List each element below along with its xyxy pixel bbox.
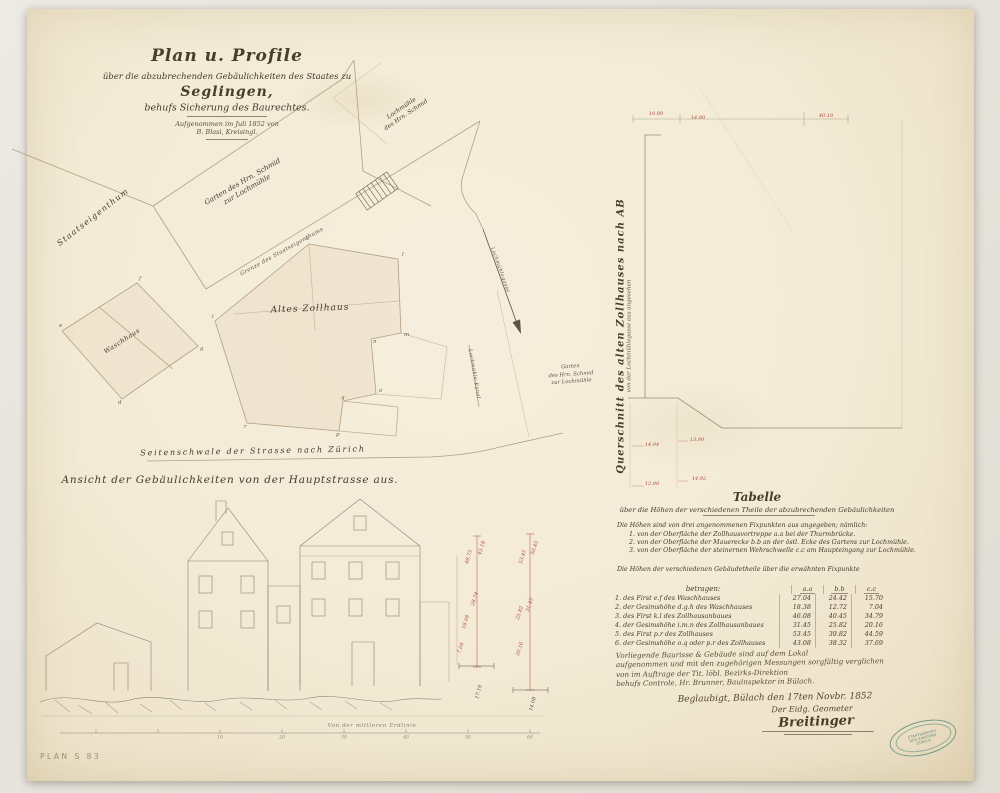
table-row: 6. der Gesimshöhe o.q oder p.r des Zollh… <box>615 639 887 648</box>
sheet-title-line3: Seglingen, <box>180 84 273 100</box>
svg-text:m: m <box>404 332 409 338</box>
row-value-aa: 53.45 <box>779 630 815 639</box>
scanned-plan-sheet: e f d g k l i m n o q p r <box>0 0 1000 793</box>
plan-number: PLAN S 83 <box>40 752 101 761</box>
tabelle-betragen: betragen: <box>615 585 791 594</box>
svg-text:o: o <box>379 388 383 394</box>
black-dimension-lines <box>459 663 548 693</box>
row-value-cc: 7.04 <box>851 603 887 612</box>
scale-tick-40: 40 <box>403 736 409 741</box>
label-garten-schmid-2: Garten des Hrn. Schmid zur Lochmühle <box>548 362 594 388</box>
tabelle-title: Tabelle <box>733 490 781 504</box>
sheet-title-line1: Plan u. Profile <box>151 46 303 66</box>
row-label: 5. des First p.r des Zollhauses <box>615 630 779 639</box>
row-value-aa: 43.08 <box>779 639 815 648</box>
section-dim-bottom-1: 14.94 <box>645 442 659 448</box>
svg-text:e: e <box>59 323 63 329</box>
table-row: 3. des First k.l des Zollhausanbaues 46.… <box>615 612 887 621</box>
scale-tick-60: 60 <box>527 736 533 741</box>
cross-section-title-main: Querschnitt des alten Zollhauses nach AB <box>616 198 627 473</box>
svg-text:n: n <box>373 339 377 345</box>
signature-underline-2 <box>784 734 852 735</box>
table-row: 2. der Gesimshöhe d.g.h des Waschhauses … <box>615 603 887 612</box>
row-value-cc: 34.79 <box>851 612 887 621</box>
scale-tick-50: 50 <box>465 736 471 741</box>
svg-text:p: p <box>336 432 340 438</box>
tabelle-fixpoint-1: 1. von der Oberfläche der Zollhausvortre… <box>629 531 855 538</box>
scale-tick-30: 30 <box>341 736 347 741</box>
row-label: 2. der Gesimshöhe d.g.h des Waschhauses <box>615 603 779 612</box>
cross-section-title: Querschnitt des alten Zollhauses nach AB… <box>616 198 633 473</box>
row-label: 1. des First e.f des Waschhauses <box>615 594 779 603</box>
row-value-bb: 24.42 <box>815 594 851 603</box>
sheet-title-line6: B. Blasi, Kreisingl. <box>197 128 258 136</box>
row-label: 3. des First k.l des Zollhausanbaues <box>615 612 779 621</box>
row-value-bb: 39.82 <box>815 630 851 639</box>
row-value-aa: 27.04 <box>779 594 815 603</box>
section-dim-bottom-2: 13.90 <box>690 437 704 443</box>
table-row: 1. des First e.f des Waschhauses 27.04 2… <box>615 594 887 603</box>
svg-text:i: i <box>212 314 214 320</box>
section-dim-top-3: 40.10 <box>819 113 833 119</box>
row-value-aa: 18.38 <box>779 603 815 612</box>
tabelle-col-aa: a.a <box>791 585 823 594</box>
row-value-cc: 20.16 <box>851 621 887 630</box>
svg-text:q: q <box>341 395 345 401</box>
elevation-title: Ansicht der Gebäulichkeiten von der Haup… <box>62 474 399 486</box>
signature-underline <box>762 731 874 732</box>
title-underline <box>187 116 267 117</box>
signature: Breitinger <box>778 713 854 731</box>
section-dim-bottom-4: 14.92 <box>692 476 706 482</box>
tabelle-col-cc: c.c <box>855 585 887 594</box>
section-dim-top-1: 10.90 <box>649 111 663 117</box>
svg-text:l: l <box>402 252 404 258</box>
tabelle-subtitle: über die Höhen der verschiedenen Theile … <box>620 506 895 514</box>
sheet-title-line4: behufs Sicherung des Baurechtes. <box>144 103 309 114</box>
row-label: 4. der Gesimshöhe i.m.n des Zollhausanba… <box>615 621 779 630</box>
section-dim-bottom-3: 12.90 <box>645 481 659 487</box>
row-value-bb: 25.82 <box>815 621 851 630</box>
scale-tick-20: 20 <box>279 736 285 741</box>
row-value-bb: 38.32 <box>815 639 851 648</box>
row-value-cc: 15.70 <box>851 594 887 603</box>
paper-creases <box>333 63 795 235</box>
table-row: 4. der Gesimshöhe i.m.n des Zollhausanba… <box>615 621 887 630</box>
sheet-title-line5: Aufgenommen im Juli 1852 von <box>175 120 279 128</box>
svg-text:g: g <box>200 346 204 352</box>
svg-text:f: f <box>138 276 142 282</box>
row-value-cc: 44.59 <box>851 630 887 639</box>
row-value-bb: 40.45 <box>815 612 851 621</box>
sheet-title-line2: über die abzubrechenden Gebäulichkeiten … <box>103 72 351 82</box>
row-label: 6. der Gesimshöhe o.q oder p.r des Zollh… <box>615 639 779 648</box>
svg-text:r: r <box>244 424 247 430</box>
tabelle-fixpoint-2: 2. von der Oberfläche der Mauerecke b.b … <box>629 539 909 546</box>
site-plan-lines <box>12 60 563 461</box>
row-value-aa: 31.45 <box>779 621 815 630</box>
tabelle-header-row: betragen: a.a b.b c.c <box>615 585 887 594</box>
cross-section-lines <box>628 112 902 488</box>
tabelle-table: betragen: a.a b.b c.c 1. des First e.f d… <box>615 585 887 648</box>
scale-tick-10: 10 <box>217 736 223 741</box>
cross-section-title-sub: von der Lochmühlegasse aus angesehen <box>627 198 633 473</box>
row-value-bb: 12.72 <box>815 603 851 612</box>
title-underline-2 <box>206 139 248 140</box>
section-dim-top-2: 14.90 <box>691 115 705 121</box>
row-value-aa: 46.08 <box>779 612 815 621</box>
tabelle-intro: Die Höhen sind von drei angenommenen Fix… <box>617 522 867 529</box>
tabelle-fixpoint-3: 3. von der Oberfläche der steinernen Weh… <box>629 547 916 554</box>
certification-note: Vorliegende Baurisse & Gebäude sind auf … <box>616 647 908 689</box>
elevation-ground-label: Von der mittleren Erdlinie <box>328 723 417 729</box>
tabelle-underline <box>703 515 815 516</box>
tabelle-lead: Die Höhen der verschiedenen Gebäudetheil… <box>617 566 860 573</box>
table-row: 5. des First p.r des Zollhauses 53.45 39… <box>615 630 887 639</box>
svg-text:d: d <box>118 400 122 406</box>
tabelle-col-bb: b.b <box>823 585 855 594</box>
